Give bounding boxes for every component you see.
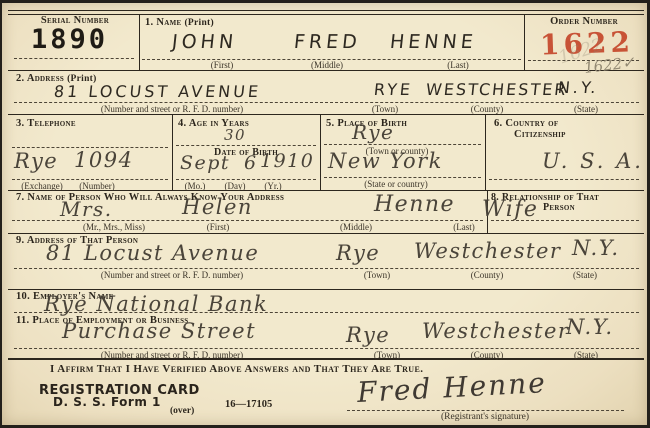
citizenship-value: U. S. A. bbox=[542, 149, 644, 173]
contact-address-street-value: 81 Locust Avenue bbox=[46, 241, 259, 265]
divider-serial-name bbox=[139, 14, 140, 70]
employment-sub-town: (Town) bbox=[374, 350, 400, 360]
birth-state-sub: (State or country) bbox=[364, 179, 427, 189]
contact-address-sub-state: (State) bbox=[573, 270, 597, 280]
telephone-exchange-value: Rye bbox=[14, 149, 58, 173]
address-writing-line bbox=[14, 102, 639, 103]
address-street-value: 81 LOCUST AVENUE bbox=[53, 82, 262, 101]
dob-day-value: 6 bbox=[244, 152, 258, 174]
citizenship-writing-line bbox=[489, 179, 639, 180]
rule-below-address-row bbox=[8, 114, 644, 115]
registration-card: Serial Number 1890 1. Name (Print) JOHN … bbox=[2, 3, 647, 425]
dob-sub-day: (Day) bbox=[225, 181, 246, 191]
contact-address-writing-line bbox=[14, 268, 639, 269]
name-last-value: HENNE bbox=[389, 31, 478, 53]
birth-town-value: Rye bbox=[352, 120, 394, 144]
citizenship-label-line1: 6. Country of bbox=[494, 118, 558, 129]
name-first-value: JOHN bbox=[171, 31, 238, 53]
employment-town-value: Rye bbox=[346, 323, 390, 347]
name-sub-first: (First) bbox=[211, 60, 234, 70]
serial-writing-line bbox=[14, 58, 134, 59]
employment-sub-state: (State) bbox=[574, 350, 598, 360]
age-value: 30 bbox=[224, 126, 246, 144]
telephone-number-value: 1094 bbox=[74, 148, 133, 172]
rule-below-name-row bbox=[8, 70, 644, 71]
contact-sub-middle: (Middle) bbox=[340, 222, 372, 232]
telephone-label: 3. Telephone bbox=[16, 118, 76, 129]
contact-last-value: Henne bbox=[374, 192, 455, 217]
signature-line bbox=[347, 410, 624, 411]
dob-year-value: 1910 bbox=[260, 150, 314, 172]
footer-print-code: 16—17105 bbox=[225, 399, 272, 410]
contact-address-state-value: N.Y. bbox=[572, 236, 620, 260]
birth-town-line bbox=[324, 144, 481, 145]
address-state-value: N.Y. bbox=[557, 78, 600, 97]
rule-below-contact-row bbox=[8, 233, 644, 234]
employment-sub-county: (County) bbox=[471, 350, 504, 360]
dob-sub-month: (Mo.) bbox=[185, 181, 206, 191]
contact-address-sub-street: (Number and street or R. F. D. number) bbox=[101, 270, 243, 280]
telephone-writing-line bbox=[12, 179, 168, 180]
contact-first-value: Helen bbox=[182, 195, 253, 219]
name-label-paren: (Print) bbox=[184, 18, 214, 28]
contact-sub-prefix: (Mr., Mrs., Miss) bbox=[83, 222, 145, 232]
telephone-sub-number: (Number) bbox=[79, 181, 115, 191]
signature-sub-label: (Registrant's signature) bbox=[441, 412, 529, 422]
address-sub-county: (County) bbox=[471, 104, 504, 114]
address-sub-town: (Town) bbox=[372, 104, 398, 114]
contact-prefix-value: Mrs. bbox=[60, 197, 113, 221]
birth-state-line bbox=[324, 177, 481, 178]
address-county-value: WESTCHESTER bbox=[425, 80, 568, 99]
top-rule-outer bbox=[8, 10, 644, 11]
employment-street-value: Purchase Street bbox=[62, 319, 256, 343]
contact-writing-line bbox=[12, 220, 483, 221]
divider-age-birth bbox=[320, 114, 321, 190]
age-mid-line bbox=[176, 145, 316, 146]
divider-name-order bbox=[524, 14, 525, 70]
contact-address-town-value: Rye bbox=[336, 241, 380, 265]
employment-county-value: Westchester bbox=[422, 319, 569, 343]
employment-writing-line bbox=[14, 348, 639, 349]
citizenship-label-line2: Citizenship bbox=[514, 129, 566, 140]
name-label-text: 1. Name bbox=[145, 17, 182, 28]
name-middle-value: FRED bbox=[293, 31, 362, 53]
contact-address-sub-town: (Town) bbox=[364, 270, 390, 280]
address-town-value: RYE bbox=[373, 80, 414, 99]
birth-state-value: New York bbox=[328, 149, 443, 173]
serial-number-value: 1890 bbox=[31, 24, 108, 55]
name-sub-middle: (Middle) bbox=[311, 60, 343, 70]
relationship-writing-line bbox=[491, 220, 639, 221]
employment-sub-street: (Number and street or R. F. D. number) bbox=[101, 350, 243, 360]
contact-address-county-value: Westchester bbox=[414, 239, 561, 263]
contact-sub-last: (Last) bbox=[453, 222, 475, 232]
divider-birth-citizenship bbox=[485, 114, 486, 190]
employment-state-value: N.Y. bbox=[566, 315, 614, 339]
footer-form-number: D. S. S. Form 1 bbox=[53, 395, 161, 409]
employer-writing-line bbox=[14, 312, 639, 313]
address-sub-state: (State) bbox=[574, 104, 598, 114]
rule-below-contact-address-row bbox=[8, 289, 644, 290]
dob-writing-line bbox=[176, 179, 316, 180]
address-sub-street: (Number and street or R. F. D. number) bbox=[101, 104, 243, 114]
divider-telephone-age bbox=[172, 114, 173, 190]
relationship-value: Wife bbox=[482, 197, 538, 222]
dob-month-value: Sept bbox=[180, 152, 230, 174]
telephone-sub-exchange: (Exchange) bbox=[21, 181, 62, 191]
name-label: 1. Name (Print) bbox=[145, 17, 214, 28]
relationship-label-line2: Person bbox=[543, 202, 575, 213]
dob-sub-year: (Yr.) bbox=[264, 181, 281, 191]
footer-over-note: (over) bbox=[170, 406, 194, 416]
name-sub-last: (Last) bbox=[447, 60, 469, 70]
contact-sub-first: (First) bbox=[207, 222, 230, 232]
contact-address-sub-county: (County) bbox=[471, 270, 504, 280]
affirmation-text: I Affirm That I Have Verified Above Answ… bbox=[50, 363, 423, 375]
